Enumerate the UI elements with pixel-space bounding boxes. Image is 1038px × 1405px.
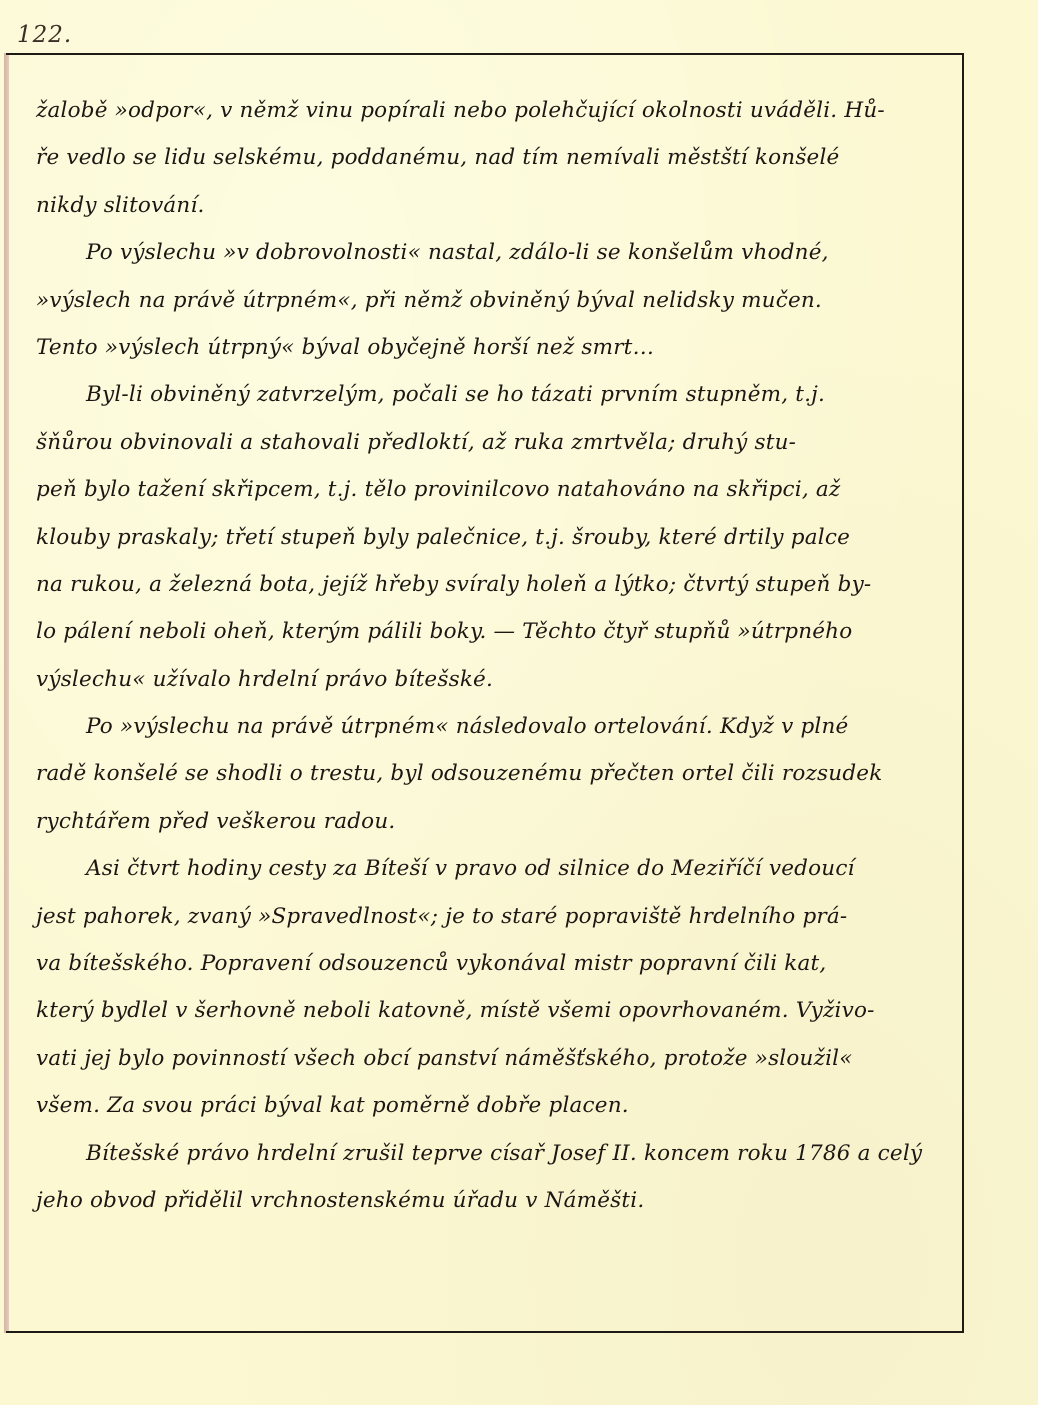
text-line: rychtářem před veškerou radou. [36,807,951,854]
paragraph-start-line: Po výslechu »v dobrovolnosti« nastal, zd… [36,238,951,285]
manuscript-text: žalobě »odpor«, v němž vinu popírali neb… [36,96,951,1233]
text-line: Tento »výslech útrpný« býval obyčejně ho… [36,333,951,380]
text-line: lo pálení neboli oheň, kterým pálili bok… [36,617,951,664]
text-line: peň bylo tažení skřipcem, t.j. tělo prov… [36,475,951,522]
text-line: šňůrou obvinovali a stahovali předloktí,… [36,428,951,475]
text-line: který bydlel v šerhovně neboli katovně, … [36,996,951,1043]
text-line: ře vedlo se lidu selskému, poddanému, na… [36,143,951,190]
text-line: va bítešského. Popravení odsouzenců vyko… [36,949,951,996]
text-line: klouby praskaly; třetí stupeň byly paleč… [36,523,951,570]
paragraph-start-line: Asi čtvrt hodiny cesty za Bíteší v pravo… [36,854,951,901]
text-line: vati jej bylo povinností všech obcí pans… [36,1044,951,1091]
text-line: nikdy slitování. [36,191,951,238]
page-number: 122. [17,22,72,48]
text-line: radě konšelé se shodli o trestu, byl ods… [36,759,951,806]
text-line: jeho obvod přidělil vrchnostenskému úřad… [36,1186,951,1233]
text-line: žalobě »odpor«, v němž vinu popírali neb… [36,96,951,143]
text-line: všem. Za svou práci býval kat poměrně do… [36,1091,951,1138]
paragraph-start-line: Po »výslechu na právě útrpném« následova… [36,712,951,759]
text-line: jest pahorek, zvaný »Spravedlnost«; je t… [36,902,951,949]
paragraph-start-line: Byl-li obviněný zatvrzelým, počali se ho… [36,380,951,427]
text-line: »výslech na právě útrpném«, při němž obv… [36,286,951,333]
paragraph-start-line: Bítešské právo hrdelní zrušil teprve cís… [36,1139,951,1186]
text-line: na rukou, a železná bota, jejíž hřeby sv… [36,570,951,617]
text-line: výslechu« užívalo hrdelní právo bítešské… [36,665,951,712]
